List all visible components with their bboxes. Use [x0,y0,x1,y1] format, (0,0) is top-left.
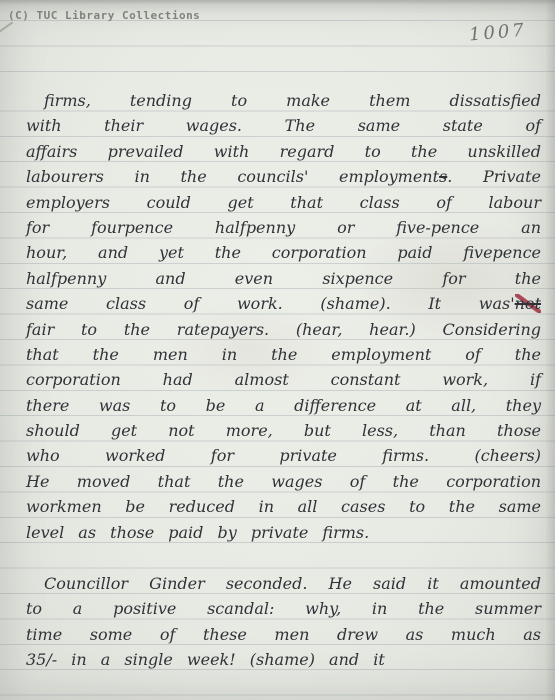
handwritten-line: who worked for private firms. (cheers) [26,443,541,468]
text-segment: halfpenny and even sixpence for the [26,269,541,288]
page-number: 1007 [468,20,527,46]
handwritten-line: workmen be reduced in all cases to the s… [26,494,541,519]
text-segment: same class of work. (shame). It was' [26,294,515,313]
handwritten-line: level as those paid by private firms. [26,520,541,545]
text-segment: with their wages. The same state of [26,116,541,135]
text-segment: who worked for private firms. (cheers) [26,446,541,465]
text-segment: 35/- in a single week! (shame) and it [26,650,385,669]
text-segment: Councillor Ginder seconded. He said it a… [44,574,541,593]
handwritten-line: same class of work. (shame). It was'not [26,291,541,316]
paragraph: firms, tending to make them dissatisfied… [26,88,541,545]
text-segment: affairs prevailed with regard to the uns… [26,142,541,161]
handwritten-line: halfpenny and even sixpence for the [26,266,541,291]
text-segment: employers could get that class of labour [26,193,541,212]
text-segment: He moved that the wages of the corporati… [26,472,541,491]
handwritten-line: fair to the ratepayers. (hear, hear.) Co… [26,317,541,342]
text-segment: . Private [447,167,541,186]
struck-text-red: not [515,294,541,313]
handwritten-line: with their wages. The same state of [26,113,541,138]
handwritten-line: employers could get that class of labour [26,190,541,215]
text-segment: workmen be reduced in all cases to the s… [26,497,541,516]
text-segment: fair to the ratepayers. (hear, hear.) Co… [26,320,541,339]
handwritten-line: there was to be a difference at all, the… [26,393,541,418]
text-segment: level as those paid by private firms. [26,523,369,542]
text-segment: hour, and yet the corporation paid fivep… [26,243,541,262]
handwritten-line: affairs prevailed with regard to the uns… [26,139,541,164]
handwritten-line: time some of these men drew as much as [26,622,541,647]
text-segment: firms, tending to make them dissatisfied [44,91,541,110]
handwritten-line: corporation had almost constant work, if [26,367,541,392]
text-segment: there was to be a difference at all, the… [26,396,541,415]
handwritten-line: that the men in the employment of the [26,342,541,367]
handwritten-line: should get not more, but less, than thos… [26,418,541,443]
text-segment: should get not more, but less, than thos… [26,421,541,440]
text-segment: for fourpence halfpenny or five-pence an [26,218,541,237]
notebook-page: (C) TUC Library Collections 1007 firms, … [0,0,555,700]
pencil-mark [0,22,13,33]
handwritten-line: for fourpence halfpenny or five-pence an [26,215,541,240]
handwritten-line: Councillor Ginder seconded. He said it a… [26,571,541,596]
text-segment: that the men in the employment of the [26,345,541,364]
handwritten-line: 35/- in a single week! (shame) and it [26,647,541,672]
handwritten-line: hour, and yet the corporation paid fivep… [26,240,541,265]
manuscript-text: firms, tending to make them dissatisfied… [26,88,541,673]
copyright-stamp: (C) TUC Library Collections [8,9,200,22]
text-segment: corporation had almost constant work, if [26,370,541,389]
paragraph: Councillor Ginder seconded. He said it a… [26,571,541,673]
text-segment: time some of these men drew as much as [26,625,541,644]
text-segment: to a positive scandal: why, in the summe… [26,599,541,618]
handwritten-line: to a positive scandal: why, in the summe… [26,596,541,621]
handwritten-line: labourers in the councils' employments. … [26,164,541,189]
handwritten-line: firms, tending to make them dissatisfied [26,88,541,113]
handwritten-line: He moved that the wages of the corporati… [26,469,541,494]
text-segment: labourers in the councils' employment [26,167,439,186]
